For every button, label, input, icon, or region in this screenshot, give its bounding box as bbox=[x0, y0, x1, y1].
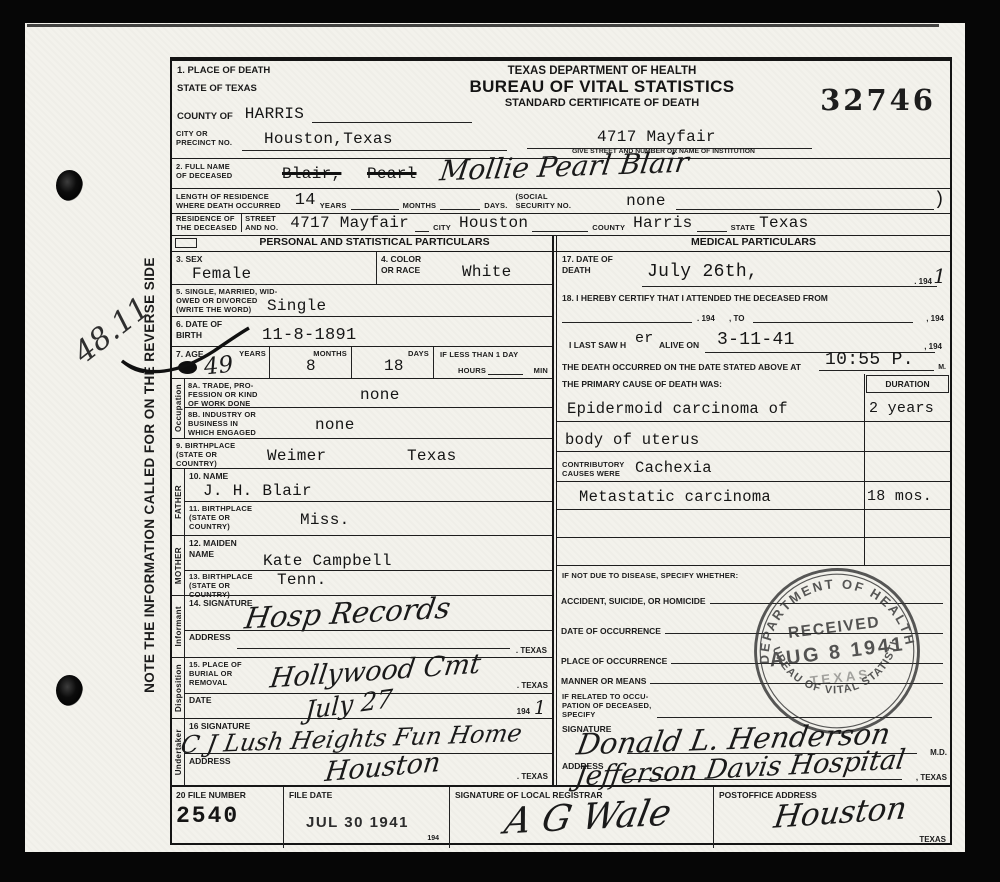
burial-label: 15. PLACE OF BURIAL OR REMOVAL bbox=[189, 660, 242, 687]
cause-2-value: body of uterus bbox=[565, 431, 699, 449]
contributory-label: CONTRIBUTORY CAUSES WERE bbox=[562, 460, 624, 478]
duration-1: 2 years bbox=[865, 394, 950, 422]
contributory-row: CONTRIBUTORY CAUSES WERE Cachexia bbox=[557, 452, 864, 482]
pen-swoosh-mark bbox=[118, 323, 253, 383]
certify-label: 18. I HEREBY CERTIFY THAT I ATTENDED THE… bbox=[562, 293, 828, 304]
lastsaw-pre: I LAST SAW H bbox=[569, 340, 626, 351]
res-county-value: Harris bbox=[633, 214, 692, 232]
age-days-label: DAYS bbox=[408, 349, 429, 358]
res-county-label: COUNTY bbox=[592, 223, 625, 232]
informant-sig-label: 14. SIGNATURE bbox=[189, 598, 253, 609]
file-number-label: 20 FILE NUMBER bbox=[176, 790, 246, 801]
disposition-side-label: Disposition bbox=[172, 658, 185, 718]
days-label: DAYS. bbox=[484, 201, 507, 210]
disposition-group: Disposition 15. PLACE OF BURIAL OR REMOV… bbox=[172, 658, 552, 719]
burial-date-year: 1 bbox=[534, 697, 546, 719]
certificate-page: NOTE THE INFORMATION CALLED FOR ON THE R… bbox=[25, 23, 965, 852]
birthplace-row: 9. BIRTHPLACE (STATE OR COUNTRY) Weimer … bbox=[172, 439, 552, 469]
scanned-death-certificate: NOTE THE INFORMATION CALLED FOR ON THE R… bbox=[0, 0, 1000, 882]
file-date-label: FILE DATE bbox=[289, 790, 332, 801]
mother-group: MOTHER 12. MAIDEN NAME Kate Campbell bbox=[172, 536, 552, 596]
undertaker-group: Undertaker 16 SIGNATURE C J Lush Heights… bbox=[172, 719, 552, 785]
residence-label: RESIDENCE OF THE DECEASED bbox=[176, 214, 237, 232]
registrar-row: 20 FILE NUMBER 2540 FILE DATE JUL 30 194… bbox=[172, 785, 950, 848]
death-street-value: 4717 Mayfair bbox=[597, 128, 716, 146]
dob-value: 11-8-1891 bbox=[262, 326, 357, 345]
age-days-value: 18 bbox=[384, 357, 404, 375]
informant-addr-label: ADDRESS bbox=[189, 632, 231, 643]
duration-1-value: 2 years bbox=[869, 400, 934, 417]
industry-value: none bbox=[315, 416, 355, 434]
residence-row: RESIDENCE OF THE DECEASED STREET AND NO.… bbox=[172, 214, 950, 236]
duration-4-value: 18 mos. bbox=[867, 488, 932, 505]
certify-to: , TO bbox=[729, 314, 744, 323]
months-label: MONTHS bbox=[403, 201, 437, 210]
empty-checkbox bbox=[175, 238, 197, 248]
postoffice-cell: POSTOFFICE ADDRESS Houston TEXAS bbox=[714, 787, 950, 848]
mother-name-row: 12. MAIDEN NAME Kate Campbell bbox=[185, 536, 552, 571]
industry-label: 8B. INDUSTRY OR BUSINESS IN WHICH ENGAGE… bbox=[188, 410, 256, 437]
lastsaw-value: 3-11-41 bbox=[717, 330, 795, 350]
cause-1-value: Epidermoid carcinoma of bbox=[567, 400, 788, 418]
struck-firstname: Pearl bbox=[367, 165, 417, 183]
trade-label: 8A. TRADE, PRO- FESSION OR KIND OF WORK … bbox=[188, 381, 258, 408]
md-label: M.D. bbox=[930, 748, 947, 757]
duration-2 bbox=[865, 422, 950, 452]
burial-date-194: 194 bbox=[517, 707, 530, 716]
age-months-value: 8 bbox=[306, 357, 316, 375]
county-line: COUNTY OF HARRIS bbox=[177, 105, 472, 123]
file-number-cell: 20 FILE NUMBER 2540 bbox=[172, 787, 284, 848]
duration-blank-1 bbox=[865, 510, 950, 538]
section-header-row: PERSONAL AND STATISTICAL PARTICULARS MED… bbox=[172, 236, 950, 252]
hole-punch-bottom bbox=[56, 675, 83, 706]
primary-cause-row: THE PRIMARY CAUSE OF DEATH WAS: bbox=[557, 374, 864, 394]
color-value: White bbox=[462, 263, 512, 281]
father-birthplace-row: 11. BIRTHPLACE (STATE OR COUNTRY) Miss. bbox=[185, 502, 552, 536]
lastsaw-er: er bbox=[635, 330, 654, 347]
struck-surname: Blair, bbox=[282, 165, 341, 183]
cause-blank-1 bbox=[557, 510, 864, 538]
county-blank-line bbox=[312, 120, 472, 123]
dept-title-2: BUREAU OF VITAL STATISTICS bbox=[437, 77, 767, 97]
physician-address-row: ADDRESS Jefferson Davis Hospital , TEXAS bbox=[557, 759, 950, 785]
res-city-value: Houston bbox=[459, 214, 528, 232]
ssn-value: none bbox=[626, 192, 666, 210]
sex-color-row: 3. SEX Female 4. COLOR OR RACE White bbox=[172, 252, 552, 285]
cause-line-1: Epidermoid carcinoma of bbox=[557, 394, 864, 422]
close-paren: ) bbox=[934, 190, 945, 210]
duration-label: DURATION bbox=[866, 375, 949, 393]
length-residence-label: LENGTH OF RESIDENCE WHERE DEATH OCCURRED bbox=[176, 192, 281, 210]
reverse-side-note: NOTE THE INFORMATION CALLED FOR ON THE R… bbox=[142, 159, 157, 791]
cause-line-2: body of uterus bbox=[557, 422, 864, 452]
ssn-label: (SOCIAL SECURITY NO. bbox=[516, 192, 572, 210]
father-name-row: 10. NAME J. H. Blair bbox=[185, 469, 552, 502]
primary-cause-label: THE PRIMARY CAUSE OF DEATH WAS: bbox=[562, 379, 722, 390]
father-name-value: J. H. Blair bbox=[203, 482, 312, 500]
dept-title-3: STANDARD CERTIFICATE OF DEATH bbox=[437, 97, 767, 109]
accident-label: ACCIDENT, SUICIDE, OR HOMICIDE bbox=[561, 596, 706, 607]
trade-row: 8A. TRADE, PRO- FESSION OR KIND OF WORK … bbox=[185, 379, 552, 408]
scan-artifact-line bbox=[27, 24, 939, 27]
file-date-194: 194 bbox=[427, 835, 439, 842]
cause-line-3: Metastatic carcinoma bbox=[557, 482, 864, 510]
dateocc-label: DATE OF OCCURRENCE bbox=[561, 626, 661, 637]
undertaker-addr-suffix: . TEXAS bbox=[517, 772, 548, 781]
occurred-m: M. bbox=[938, 364, 946, 371]
certify-row: 18. I HEREBY CERTIFY THAT I ATTENDED THE… bbox=[557, 290, 950, 332]
mother-bp-label: 13. BIRTHPLACE (STATE OR COUNTRY) bbox=[189, 572, 253, 599]
res-state-value: Texas bbox=[759, 214, 809, 232]
birthplace-label: 9. BIRTHPLACE (STATE OR COUNTRY) bbox=[176, 441, 235, 468]
full-name-label: 2. FULL NAME OF DECEASED bbox=[176, 162, 232, 180]
length-residence-row: LENGTH OF RESIDENCE WHERE DEATH OCCURRED… bbox=[172, 189, 950, 214]
informant-group: Informant 14. SIGNATURE Hosp Records ADD… bbox=[172, 596, 552, 658]
file-date-cell: FILE DATE JUL 30 1941 194 bbox=[284, 787, 450, 848]
date-of-death-row: 17. DATE OF DEATH July 26th, . 194 1 bbox=[557, 252, 950, 290]
informant-addr-suffix: . TEXAS bbox=[516, 646, 547, 655]
city-precinct-label: CITY OR PRECINCT NO. bbox=[176, 129, 232, 147]
residence-street-value: 4717 Mayfair bbox=[290, 214, 409, 232]
placeocc-label: PLACE OF OCCURRENCE bbox=[561, 656, 667, 667]
duration-header: DURATION bbox=[865, 374, 950, 394]
certify-194b: , 194 bbox=[926, 314, 944, 323]
father-bp-label: 11. BIRTHPLACE (STATE OR COUNTRY) bbox=[189, 504, 252, 531]
personal-section-title: PERSONAL AND STATISTICAL PARTICULARS bbox=[197, 236, 552, 251]
medical-section-title: MEDICAL PARTICULARS bbox=[557, 236, 950, 251]
years-label: YEARS bbox=[320, 201, 347, 210]
occupation-group: Occupation 8A. TRADE, PRO- FESSION OR KI… bbox=[172, 379, 552, 439]
occurred-label: THE DEATH OCCURRED ON THE DATE STATED AB… bbox=[562, 362, 801, 373]
certify-194a: . 194 bbox=[697, 314, 715, 323]
undertaker-signature-row: 16 SIGNATURE C J Lush Heights Fun Home bbox=[185, 719, 552, 754]
dod-year: 1 bbox=[933, 264, 946, 288]
dept-title-1: TEXAS DEPARTMENT OF HEALTH bbox=[437, 65, 767, 77]
burial-date-row: DATE July 27 194 1 bbox=[185, 694, 552, 719]
county-label: COUNTY OF bbox=[177, 111, 233, 123]
hole-punch-top bbox=[56, 170, 83, 201]
occupation-side-label: Occupation bbox=[172, 379, 185, 438]
certificate-number: 32746 bbox=[820, 83, 936, 117]
department-titles: TEXAS DEPARTMENT OF HEALTH BUREAU OF VIT… bbox=[437, 65, 767, 109]
form-header: 1. PLACE OF DEATH STATE OF TEXAS COUNTY … bbox=[172, 61, 950, 124]
cause-block: THE PRIMARY CAUSE OF DEATH WAS: Epidermo… bbox=[557, 374, 950, 566]
sex-label: 3. SEX bbox=[176, 254, 202, 265]
sex-value: Female bbox=[192, 265, 251, 283]
mother-name-value: Kate Campbell bbox=[263, 552, 392, 570]
industry-row: 8B. INDUSTRY OR BUSINESS IN WHICH ENGAGE… bbox=[185, 408, 552, 439]
registrar-signature-cell: SIGNATURE OF LOCAL REGISTRAR A G Wale bbox=[450, 787, 714, 848]
dod-194: . 194 bbox=[914, 277, 932, 286]
certificate-form: 1. PLACE OF DEATH STATE OF TEXAS COUNTY … bbox=[170, 57, 952, 845]
father-side-label: FATHER bbox=[172, 469, 185, 535]
min-label: MIN bbox=[534, 366, 548, 375]
dod-label: 17. DATE OF DEATH bbox=[562, 254, 613, 275]
burial-date-label: DATE bbox=[189, 695, 212, 706]
lastsaw-post: ALIVE ON bbox=[659, 340, 699, 351]
res-state-label: STATE bbox=[731, 223, 755, 232]
mother-bp-value: Tenn. bbox=[277, 571, 327, 589]
city-blank-line bbox=[242, 148, 507, 151]
informant-signature-row: 14. SIGNATURE Hosp Records bbox=[185, 596, 552, 631]
color-label: 4. COLOR OR RACE bbox=[381, 254, 421, 275]
birthplace-value-state: Texas bbox=[407, 447, 457, 465]
mother-name-label: 12. MAIDEN NAME bbox=[189, 538, 237, 559]
marital-row: 5. SINGLE, MARRIED, WID- OWED OR DIVORCE… bbox=[172, 285, 552, 317]
contributory-value: Cachexia bbox=[635, 459, 712, 477]
street-no-label: STREET AND NO. bbox=[241, 214, 278, 232]
death-occurred-row: THE DEATH OCCURRED ON THE DATE STATED AB… bbox=[557, 356, 950, 374]
duration-column: DURATION 2 years 18 mos. bbox=[864, 374, 950, 565]
res-city-label: CITY bbox=[433, 223, 451, 232]
father-bp-value: Miss. bbox=[300, 511, 350, 529]
informant-address-row: ADDRESS . TEXAS bbox=[185, 631, 552, 658]
dod-value: July 26th, bbox=[647, 262, 758, 282]
cause-3-value: Metastatic carcinoma bbox=[579, 488, 771, 506]
birthplace-value-town: Weimer bbox=[267, 447, 326, 465]
burial-suffix: . TEXAS bbox=[517, 681, 548, 690]
duration-3 bbox=[865, 452, 950, 482]
trade-value: none bbox=[360, 386, 400, 404]
informant-signature: Hosp Records bbox=[242, 590, 453, 635]
age-months-label: MONTHS bbox=[313, 349, 347, 358]
occurred-value: 10:55 P. bbox=[825, 350, 914, 370]
manner-label: MANNER OR MEANS bbox=[561, 676, 646, 687]
city-precinct-value: Houston,Texas bbox=[264, 130, 393, 148]
marital-value: Single bbox=[267, 297, 326, 315]
place-of-death-label: 1. PLACE OF DEATH bbox=[177, 65, 270, 77]
registrar-signature: A G Wale bbox=[501, 792, 675, 842]
years-value: 14 bbox=[295, 191, 316, 210]
file-date-stamp: JUL 30 1941 bbox=[306, 814, 409, 831]
file-number-value: 2540 bbox=[176, 803, 239, 829]
ifnot-label: IF NOT DUE TO DISEASE, SPECIFY WHETHER: bbox=[562, 571, 738, 580]
related-label: IF RELATED TO OCCU- PATION OF DECEASED, … bbox=[562, 692, 651, 719]
father-name-label: 10. NAME bbox=[189, 471, 228, 482]
duration-4: 18 mos. bbox=[865, 482, 950, 510]
state-label: STATE OF TEXAS bbox=[177, 83, 257, 95]
physician-addr-suffix: , TEXAS bbox=[916, 773, 947, 782]
father-group: FATHER 10. NAME J. H. Blair 11. BIRTHPLA… bbox=[172, 469, 552, 536]
full-name-row: 2. FULL NAME OF DECEASED Blair, Pearl Mo… bbox=[172, 159, 950, 189]
mother-birthplace-row: 13. BIRTHPLACE (STATE OR COUNTRY) Tenn. bbox=[185, 571, 552, 596]
postoffice-suffix: TEXAS bbox=[919, 835, 946, 844]
county-value: HARRIS bbox=[245, 105, 304, 123]
less-than-day-label: IF LESS THAN 1 DAY bbox=[440, 350, 518, 359]
hours-label: HOURS bbox=[458, 366, 486, 375]
informant-side-label: Informant bbox=[172, 596, 185, 657]
lastsaw-194: , 194 bbox=[924, 342, 942, 351]
mother-side-label: MOTHER bbox=[172, 536, 185, 595]
undertaker-address-row: ADDRESS Houston . TEXAS bbox=[185, 754, 552, 785]
marital-label: 5. SINGLE, MARRIED, WID- OWED OR DIVORCE… bbox=[176, 287, 277, 314]
